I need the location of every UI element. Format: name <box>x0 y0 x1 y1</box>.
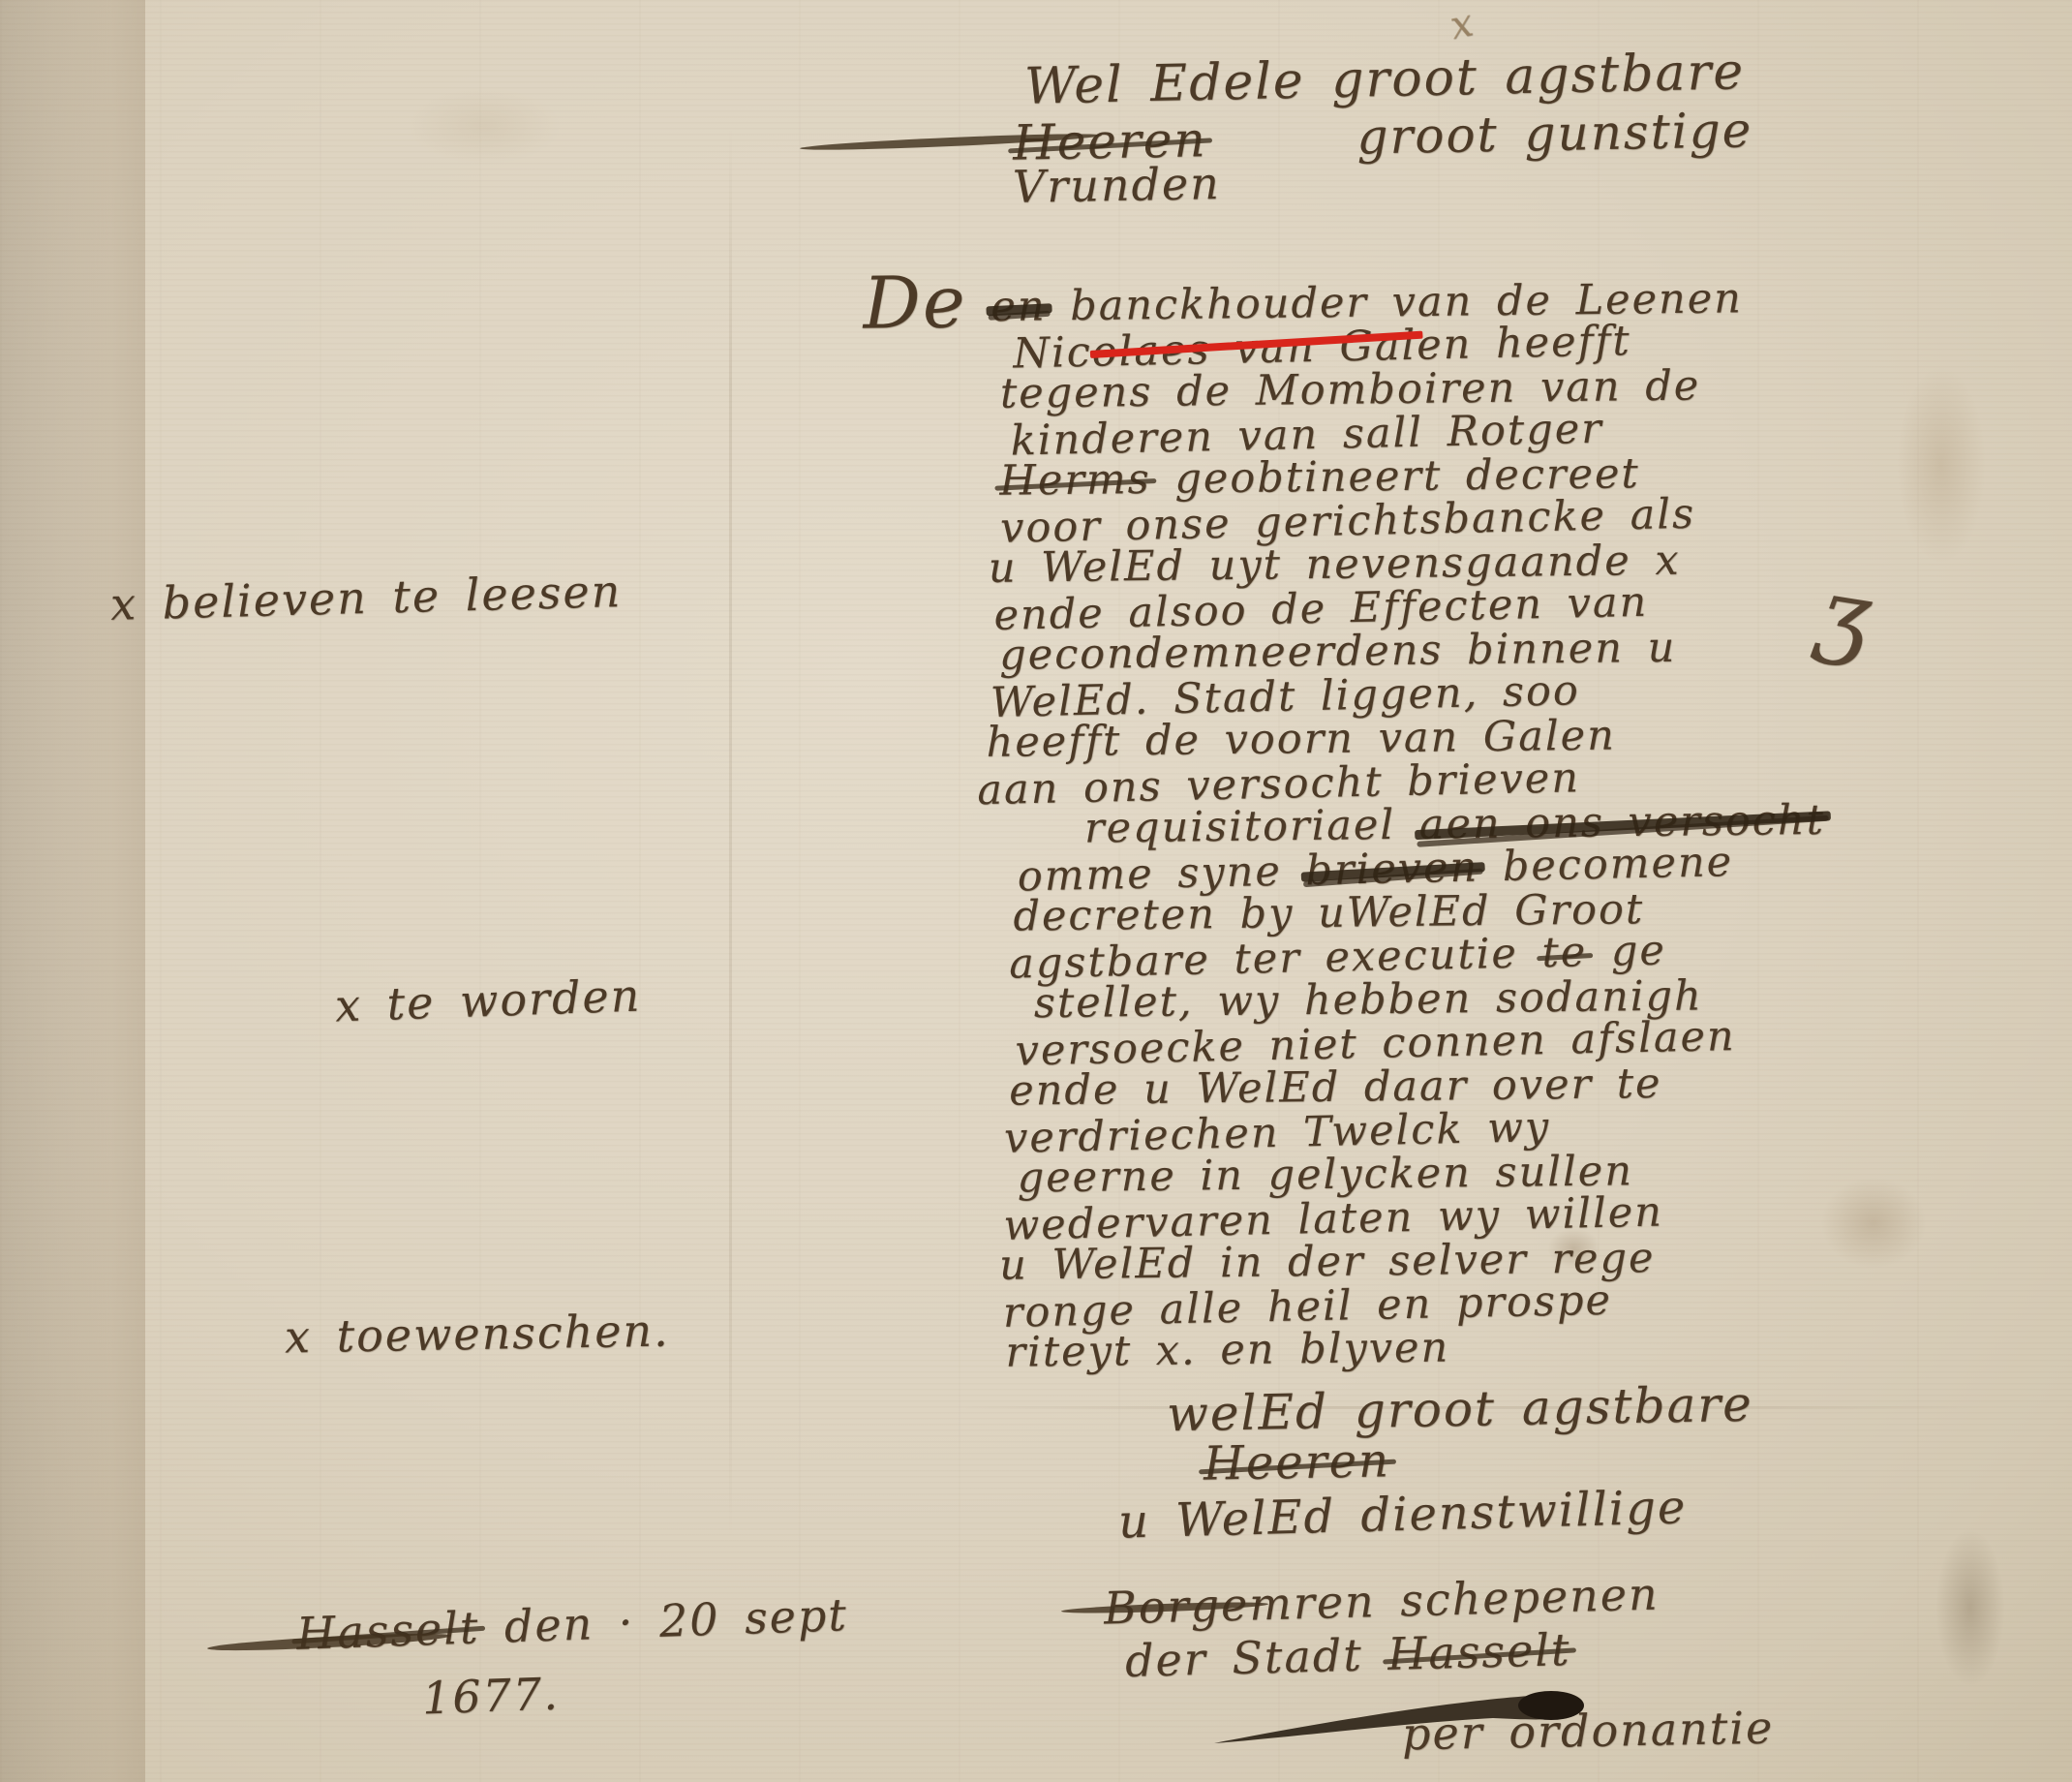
closing-line-2: Heeren <box>1204 1433 1391 1490</box>
struck-place-hasselt: Hasselt <box>295 1601 480 1660</box>
body-line-text: becomene <box>1502 838 1733 891</box>
margin-note-toewenschen: x toewenschen. <box>285 1305 671 1364</box>
vertical-crease <box>729 126 732 1540</box>
struck-word-hasselt: Hasselt <box>1387 1623 1572 1680</box>
year-1677: 1677. <box>421 1668 561 1725</box>
salutation-line-2-rest: groot gunstige <box>1356 102 1753 165</box>
ink-stain <box>1820 1177 1927 1269</box>
dateline: Hasselt den · 20 sept <box>295 1588 848 1660</box>
manuscript-page: x Wel Edele groot agstbare Heeren groot … <box>0 0 2072 1782</box>
margin-note-te-worden: x te worden <box>334 968 642 1031</box>
paper-stain <box>407 87 562 165</box>
per-ordonantie: per ordonantie <box>1402 1702 1775 1761</box>
initial-capital: De <box>863 292 966 313</box>
margin-note-believen: x believen te leesen <box>109 565 623 630</box>
body-line: riteyt x. en blyven <box>1005 1322 1833 1375</box>
manuscript-scan: x Wel Edele groot agstbare Heeren groot … <box>0 0 2072 1782</box>
signature-borgemeesteren: Borgemren schepenen <box>1103 1568 1660 1635</box>
struck-word-heeren: Heeren <box>1204 1433 1391 1490</box>
scribbled-word: en <box>990 285 1047 329</box>
signature-stadt-pre: der Stadt <box>1124 1628 1388 1687</box>
struck-word: te <box>1541 931 1588 975</box>
dateline-rest: den · 20 sept <box>503 1588 849 1652</box>
body-line-text: ge <box>1610 926 1666 975</box>
top-pencil-mark: x <box>1446 0 1478 48</box>
struck-word: brieven <box>1305 846 1479 894</box>
paper-stain <box>1898 368 1985 562</box>
salutation-line-3: Vrunden <box>1013 157 1222 213</box>
closing-line-1: welEd groot agstbare <box>1167 1376 1754 1443</box>
signature-stadt: der Stadt Hasselt <box>1124 1623 1571 1687</box>
right-edge-shadow <box>0 0 145 1782</box>
letter-body: De en banckhouder van de Leenen Nicolaes… <box>979 274 1833 1376</box>
paper-stain <box>1936 1530 2004 1685</box>
struck-word-herms: Herms <box>999 458 1151 504</box>
